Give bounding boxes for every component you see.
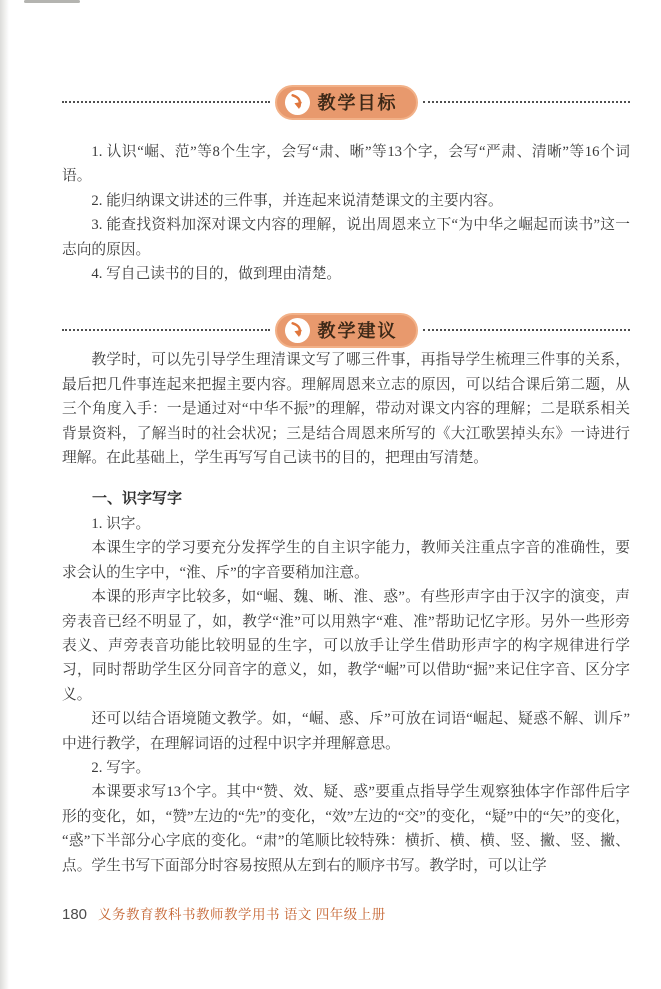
objective-item: 4. 写自己读书的目的，做到理由清楚。 (62, 262, 630, 286)
footer-book-title: 义务教育教科书教师教学用书 语文 四年级上册 (98, 903, 386, 923)
curved-down-arrow-icon (284, 317, 311, 344)
objectives-badge: 教学目标 (275, 85, 418, 120)
paragraph: 本课生字的学习要充分发挥学生的自主识字能力，教师关注重点字音的准确性，要求会认的… (62, 536, 630, 585)
section-heading-literacy: 一、识字写字 (62, 487, 630, 511)
dotted-rule-right (423, 329, 631, 331)
objectives-badge-label: 教学目标 (318, 89, 398, 115)
suggestions-badge-label: 教学建议 (318, 317, 398, 343)
page-number: 180 (62, 906, 87, 923)
objectives-badge-row: 教学目标 (62, 84, 630, 120)
page-footer: 180 义务教育教科书教师教学用书 语文 四年级上册 (62, 903, 386, 923)
suggestions-badge: 教学建议 (275, 313, 418, 348)
curved-down-arrow-icon (284, 89, 311, 116)
scan-artifact (24, 0, 80, 3)
objective-item: 2. 能归纳课文讲述的三件事，并连起来说清楚课文的主要内容。 (62, 189, 630, 213)
objectives-list: 1. 认识“崛、范”等8个生字，会写“肃、晰”等13个字，会写“严肃、清晰”等1… (62, 140, 630, 286)
objective-item: 3. 能查找资料加深对课文内容的理解，说出周恩来立下“为中华之崛起而读书”这一志… (62, 213, 630, 262)
suggestions-intro-paragraph: 教学时，可以先引导学生理清课文写了哪三件事，再指导学生梳理三件事的关系，最后把几… (62, 348, 630, 470)
scan-page-edge (0, 0, 9, 989)
book-page: 教学目标 1. 认识“崛、范”等8个生字，会写“肃、晰”等13个字，会写“严肃、… (0, 0, 661, 989)
subpoint-title: 2. 写字。 (62, 756, 630, 780)
suggestions-badge-row: 教学建议 (62, 312, 630, 348)
paragraph: 本课的形声字比较多，如“崛、魏、晰、淮、惑”。有些形声字由于汉字的演变，声旁表音… (62, 585, 630, 707)
paragraph: 本课要求写13个字。其中“赞、效、疑、惑”要重点指导学生观察独体字作部件后字形的… (62, 780, 630, 878)
suggestions-body: 教学时，可以先引导学生理清课文写了哪三件事，再指导学生梳理三件事的关系，最后把几… (62, 348, 630, 878)
dotted-rule-left (62, 329, 270, 331)
paragraph: 还可以结合语境随文教学。如，“崛、惑、斥”可放在词语“崛起、疑惑不解、训斥”中进… (62, 707, 630, 756)
dotted-rule-right (423, 101, 631, 103)
subpoint-title: 1. 识字。 (62, 512, 630, 536)
objective-item: 1. 认识“崛、范”等8个生字，会写“肃、晰”等13个字，会写“严肃、清晰”等1… (62, 140, 630, 189)
dotted-rule-left (62, 101, 270, 103)
